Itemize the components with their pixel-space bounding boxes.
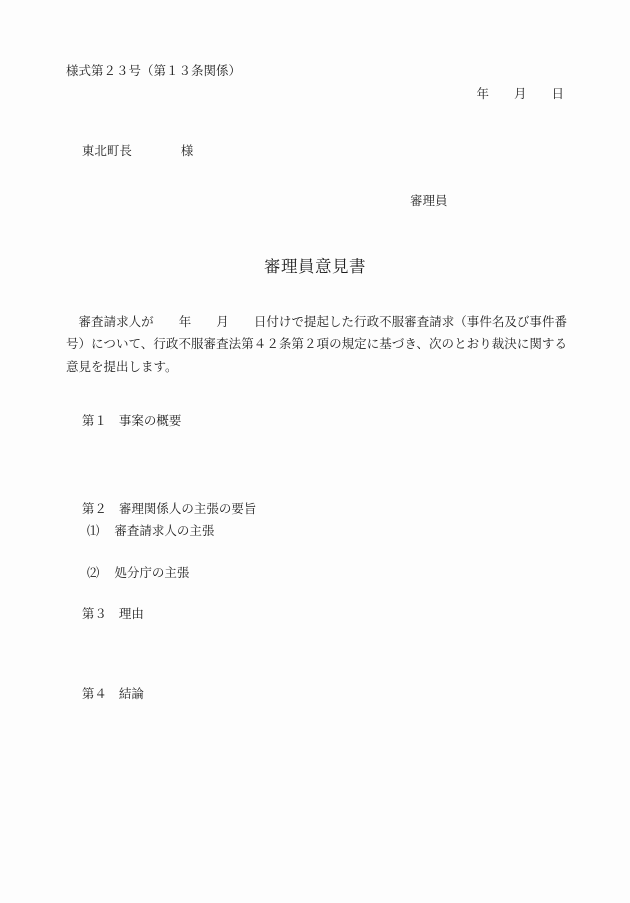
- section-title: 結論: [119, 686, 144, 701]
- subsection-number: ⑴: [87, 523, 100, 538]
- section-title: 事案の概要: [119, 413, 182, 428]
- addressee-line: 東北町長様: [66, 127, 193, 176]
- section-heading-3: 第３理由: [66, 590, 144, 639]
- examiner-signature-label: 審理員: [410, 193, 448, 209]
- document-page: 様式第２３号（第１３条関係） 年 月 日 東北町長様 審理員 審理員意見書 審査…: [0, 0, 630, 903]
- section-number: 第１: [82, 413, 107, 428]
- document-title: 審理員意見書: [0, 256, 630, 277]
- subsection-title: 審査請求人の主張: [114, 523, 214, 538]
- section-heading-4: 第４結論: [66, 670, 144, 719]
- subsection-number: ⑵: [87, 565, 100, 580]
- addressee-honorific: 様: [181, 143, 194, 158]
- subsection-title: 処分庁の主張: [114, 565, 189, 580]
- date-line: 年 月 日: [66, 86, 564, 102]
- section-number: 第３: [82, 606, 107, 621]
- section-number: 第４: [82, 686, 107, 701]
- addressee-name: 東北町長: [82, 143, 132, 158]
- form-number: 様式第２３号（第１３条関係）: [66, 63, 241, 79]
- opening-paragraph: 審査請求人が 年 月 日付けで提起した行政不服審査請求（事件名及び事件番号）につ…: [66, 311, 567, 378]
- section-heading-1: 第１事案の概要: [66, 397, 181, 446]
- section-title: 理由: [119, 606, 144, 621]
